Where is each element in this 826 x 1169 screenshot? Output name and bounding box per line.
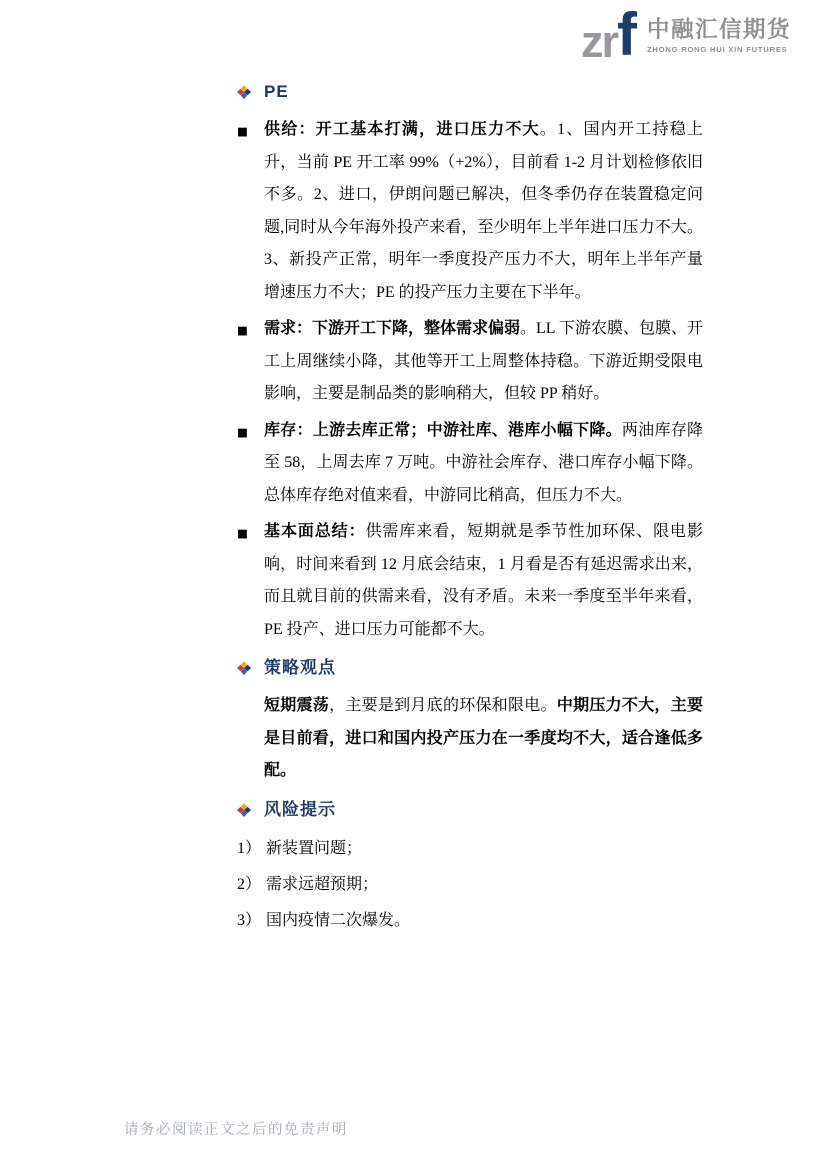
demand-lead: 需求：下游开工下降，整体需求偏弱	[264, 320, 520, 337]
strategy-regular-text: ，主要是到月底的环保和限电。	[329, 697, 557, 714]
logo-text-block: 中融汇信期货 ZHONG RONG HUI XIN FUTURES	[647, 18, 791, 59]
risk-item-number: 1）	[237, 832, 261, 866]
square-bullet-icon: ■	[237, 314, 248, 347]
fundamentals-lead: 基本面总结：	[264, 523, 366, 540]
risk-item: 3） 国内疫情二次爆发。	[237, 904, 703, 938]
bullet-fundamentals-summary: ■ 基本面总结：供需库来看，短期就是季节性加环保、限电影响，时间来看到 12 月…	[237, 516, 703, 646]
report-page: zr f 中融汇信期货 ZHONG RONG HUI XIN FUTURES P…	[0, 0, 826, 1169]
section-heading-risk: 风险提示	[237, 796, 703, 824]
logo-zrf-wordmark: zr f	[581, 12, 637, 59]
company-logo: zr f 中融汇信期货 ZHONG RONG HUI XIN FUTURES	[581, 12, 791, 59]
inventory-lead: 库存：上游去库正常；中游社库、港库小幅下降。	[264, 422, 622, 439]
clover-bullet-icon	[237, 661, 251, 675]
strategy-bold-short-term: 短期震荡	[264, 697, 329, 714]
risk-item: 1） 新装置问题；	[237, 832, 703, 866]
section-heading-strategy: 策略观点	[237, 654, 703, 682]
risk-item: 2） 需求远超预期；	[237, 868, 703, 902]
bullet-inventory: ■ 库存：上游去库正常；中游社库、港库小幅下降。两油库存降至 58，上周去库 7…	[237, 415, 703, 513]
risk-item-text: 需求远超预期；	[266, 876, 378, 893]
supply-text: 。1、国内开工持稳上升，当前 PE 开工率 99%（+2%），目前看 1-2 月…	[264, 121, 703, 301]
company-name-en: ZHONG RONG HUI XIN FUTURES	[647, 45, 791, 54]
logo-zr-letters: zr	[581, 24, 617, 59]
section-heading-pe: PE	[237, 78, 703, 106]
fundamentals-text: 供需库来看，短期就是季节性加环保、限电影响，时间来看到 12 月底会结束，1 月…	[264, 523, 703, 638]
square-bullet-icon: ■	[237, 115, 248, 148]
strategy-paragraph: 短期震荡，主要是到月底的环保和限电。中期压力不大，主要是目前看，进口和国内投产压…	[237, 690, 703, 788]
clover-bullet-icon	[237, 85, 251, 99]
bullet-demand: ■ 需求：下游开工下降，整体需求偏弱。LL 下游农膜、包膜、开工上周继续小降，其…	[237, 313, 703, 411]
clover-bullet-icon	[237, 803, 251, 817]
square-bullet-icon: ■	[237, 416, 248, 449]
risk-item-text: 新装置问题；	[266, 840, 362, 857]
company-name-cn: 中融汇信期货	[647, 18, 791, 42]
risk-item-number: 3）	[237, 904, 261, 938]
footer-disclaimer: 请务必阅读正文之后的免责声明	[124, 1118, 348, 1139]
square-bullet-icon: ■	[237, 517, 248, 550]
risk-item-number: 2）	[237, 868, 261, 902]
section-title-pe: PE	[264, 78, 289, 106]
logo-f-letter: f	[617, 12, 637, 59]
section-title-risk: 风险提示	[264, 796, 336, 824]
section-title-strategy: 策略观点	[264, 654, 336, 682]
supply-lead: 供给：开工基本打满，进口压力不大	[264, 121, 540, 138]
bullet-supply: ■ 供给：开工基本打满，进口压力不大。1、国内开工持稳上升，当前 PE 开工率 …	[237, 114, 703, 309]
risk-item-text: 国内疫情二次爆发。	[266, 912, 410, 929]
report-content: PE ■ 供给：开工基本打满，进口压力不大。1、国内开工持稳上升，当前 PE 开…	[237, 78, 703, 940]
